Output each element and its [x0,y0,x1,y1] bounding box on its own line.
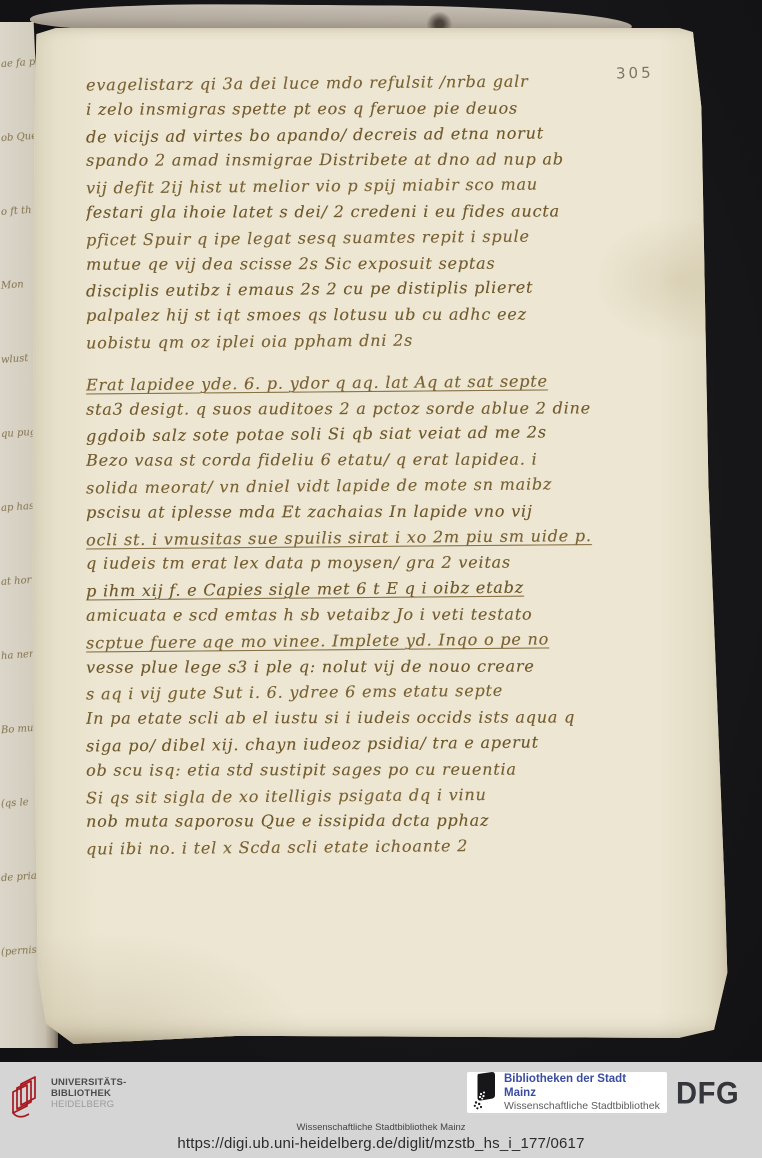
source-url: https://digi.ub.uni-heidelberg.de/diglit… [0,1135,762,1152]
manuscript-photo: ae fa pob Queo ft thMonwlustqu pugap has… [0,0,762,1158]
heidelberg-logo-line3: HEIDELBERG [51,1099,126,1110]
manuscript-text-block: evagelistarz qi 3a dei luce mdo refulsit… [86,70,654,860]
previous-page-text-fragment: Bo mut [1,723,38,737]
manuscript-line: disciplis eutibz i emaus 2s 2 cu pe dist… [86,274,654,305]
previous-page-text-fragment: wlust [1,353,29,366]
manuscript-paragraph: Erat lapidee yde. 6. p. ydor q aq. lat A… [86,370,654,860]
manuscript-line: solida meorat/ vn dniel vidt lapide de m… [86,470,654,501]
previous-page-text-fragment: qu pug [1,427,37,440]
previous-page-text-fragment: ae fa p [1,57,36,70]
manuscript-line: pscisu at iplesse mda Et zachaias In lap… [86,498,654,525]
manuscript-line: nob muta saporosu Que e issipida dcta pp… [86,808,654,835]
previous-page-text-fragment: ob Que [1,131,38,144]
stacked-books-icon [8,1074,44,1127]
previous-page-text-fragment: (pernis [1,945,37,958]
previous-page-text-fragment: ap has [1,501,35,514]
manuscript-line: spando 2 amad insmigrae Distribete at dn… [86,147,654,174]
manuscript-line: amicuata e scd emtas h sb vetaibz Jo i v… [86,601,654,628]
manuscript-line: pficet Spuir q ipe legat sesq suamtes re… [86,222,654,253]
manuscript-line: ocli st. i vmusitas sue spuilis sirat i … [86,522,654,553]
manuscript-line: qui ibi no. i tel x Scda scli etate icho… [86,832,654,860]
manuscript-line: scptue fuere aqe mo vinee. Implete yd. I… [86,625,654,656]
mainz-logo-line1: Bibliotheken der Stadt Mainz [504,1072,661,1100]
previous-page-text-fragment: Mon [1,279,24,292]
manuscript-line: p ihm xij f. e Capies sigle met 6 t E q … [86,574,654,605]
manuscript-line: In pa etate scli ab el iustu si i iudeis… [86,704,654,731]
previous-page-text-fragment: ha nen [1,649,36,662]
manuscript-line: palpalez hij st iqt smoes qs lotusu ub c… [86,301,654,328]
mainz-logo-text: Bibliotheken der Stadt Mainz Wissenschaf… [504,1072,661,1113]
book-with-dots-icon [473,1071,497,1115]
dfg-logo: DFG [676,1075,739,1112]
heidelberg-library-logo: UNIVERSITÄTS- BIBLIOTHEK HEIDELBERG [8,1074,126,1127]
manuscript-paragraph: evagelistarz qi 3a dei luce mdo refulsit… [86,70,654,354]
mainz-logo-line2: Wissenschaftliche Stadtbibliothek [504,1100,661,1113]
manuscript-line: festari gla ihoie latet s dei/ 2 credeni… [86,198,654,225]
manuscript-line: vij defit 2ij hist ut melior vio p spij … [86,171,654,202]
heidelberg-logo-line1: UNIVERSITÄTS- [51,1077,126,1088]
manuscript-line: s aq i vij gute Sut i. 6. ydree 6 ems et… [86,677,654,708]
manuscript-line: Erat lapidee yde. 6. p. ydor q aq. lat A… [86,367,654,398]
mainz-library-logo: Bibliotheken der Stadt Mainz Wissenschaf… [467,1072,667,1113]
heidelberg-logo-text: UNIVERSITÄTS- BIBLIOTHEK HEIDELBERG [51,1074,126,1110]
manuscript-line: siga po/ dibel xij. chayn iudeoz psidia/… [86,728,654,759]
manuscript-line: ggdoib salz sote potae soli Si qb siat v… [86,419,654,450]
manuscript-line: ob scu isq: etia std sustipit sages po c… [86,756,654,783]
manuscript-line: uobistu qm oz iplei oia ppham dni 2s [86,325,654,356]
attribution-bar: UNIVERSITÄTS- BIBLIOTHEK HEIDELBERG [0,1062,762,1158]
source-caption: Wissenschaftliche Stadtbibliothek Mainz [0,1122,762,1133]
manuscript-line: sta3 desigt. q suos auditoes 2 a pctoz s… [86,395,654,422]
manuscript-line: Si qs sit sigla de xo itelligis psigata … [86,780,654,811]
heidelberg-logo-line2: BIBLIOTHEK [51,1088,126,1099]
manuscript-line: vesse plue lege s3 i ple q: nolut vij de… [86,653,654,680]
manuscript-line: de vicijs ad virtes bo apando/ decreis a… [86,119,654,150]
previous-page-text-fragment: at hor [1,575,32,588]
previous-page-text-fragment: (qs le [1,797,29,810]
previous-page-text-fragment: de pria [1,871,38,884]
manuscript-line: evagelistarz qi 3a dei luce mdo refulsit… [86,70,654,98]
manuscript-line: Bezo vasa st corda fideliu 6 etatu/ q er… [86,446,654,473]
manuscript-line: i zelo insmigras spette pt eos q feruoe … [86,95,654,122]
previous-page-text-fragment: o ft th [1,205,32,218]
manuscript-line: mutue qe vij dea scisse 2s Sic exposuit … [86,250,654,277]
manuscript-line: q iudeis tm erat lex data p moysen/ gra … [86,550,654,577]
